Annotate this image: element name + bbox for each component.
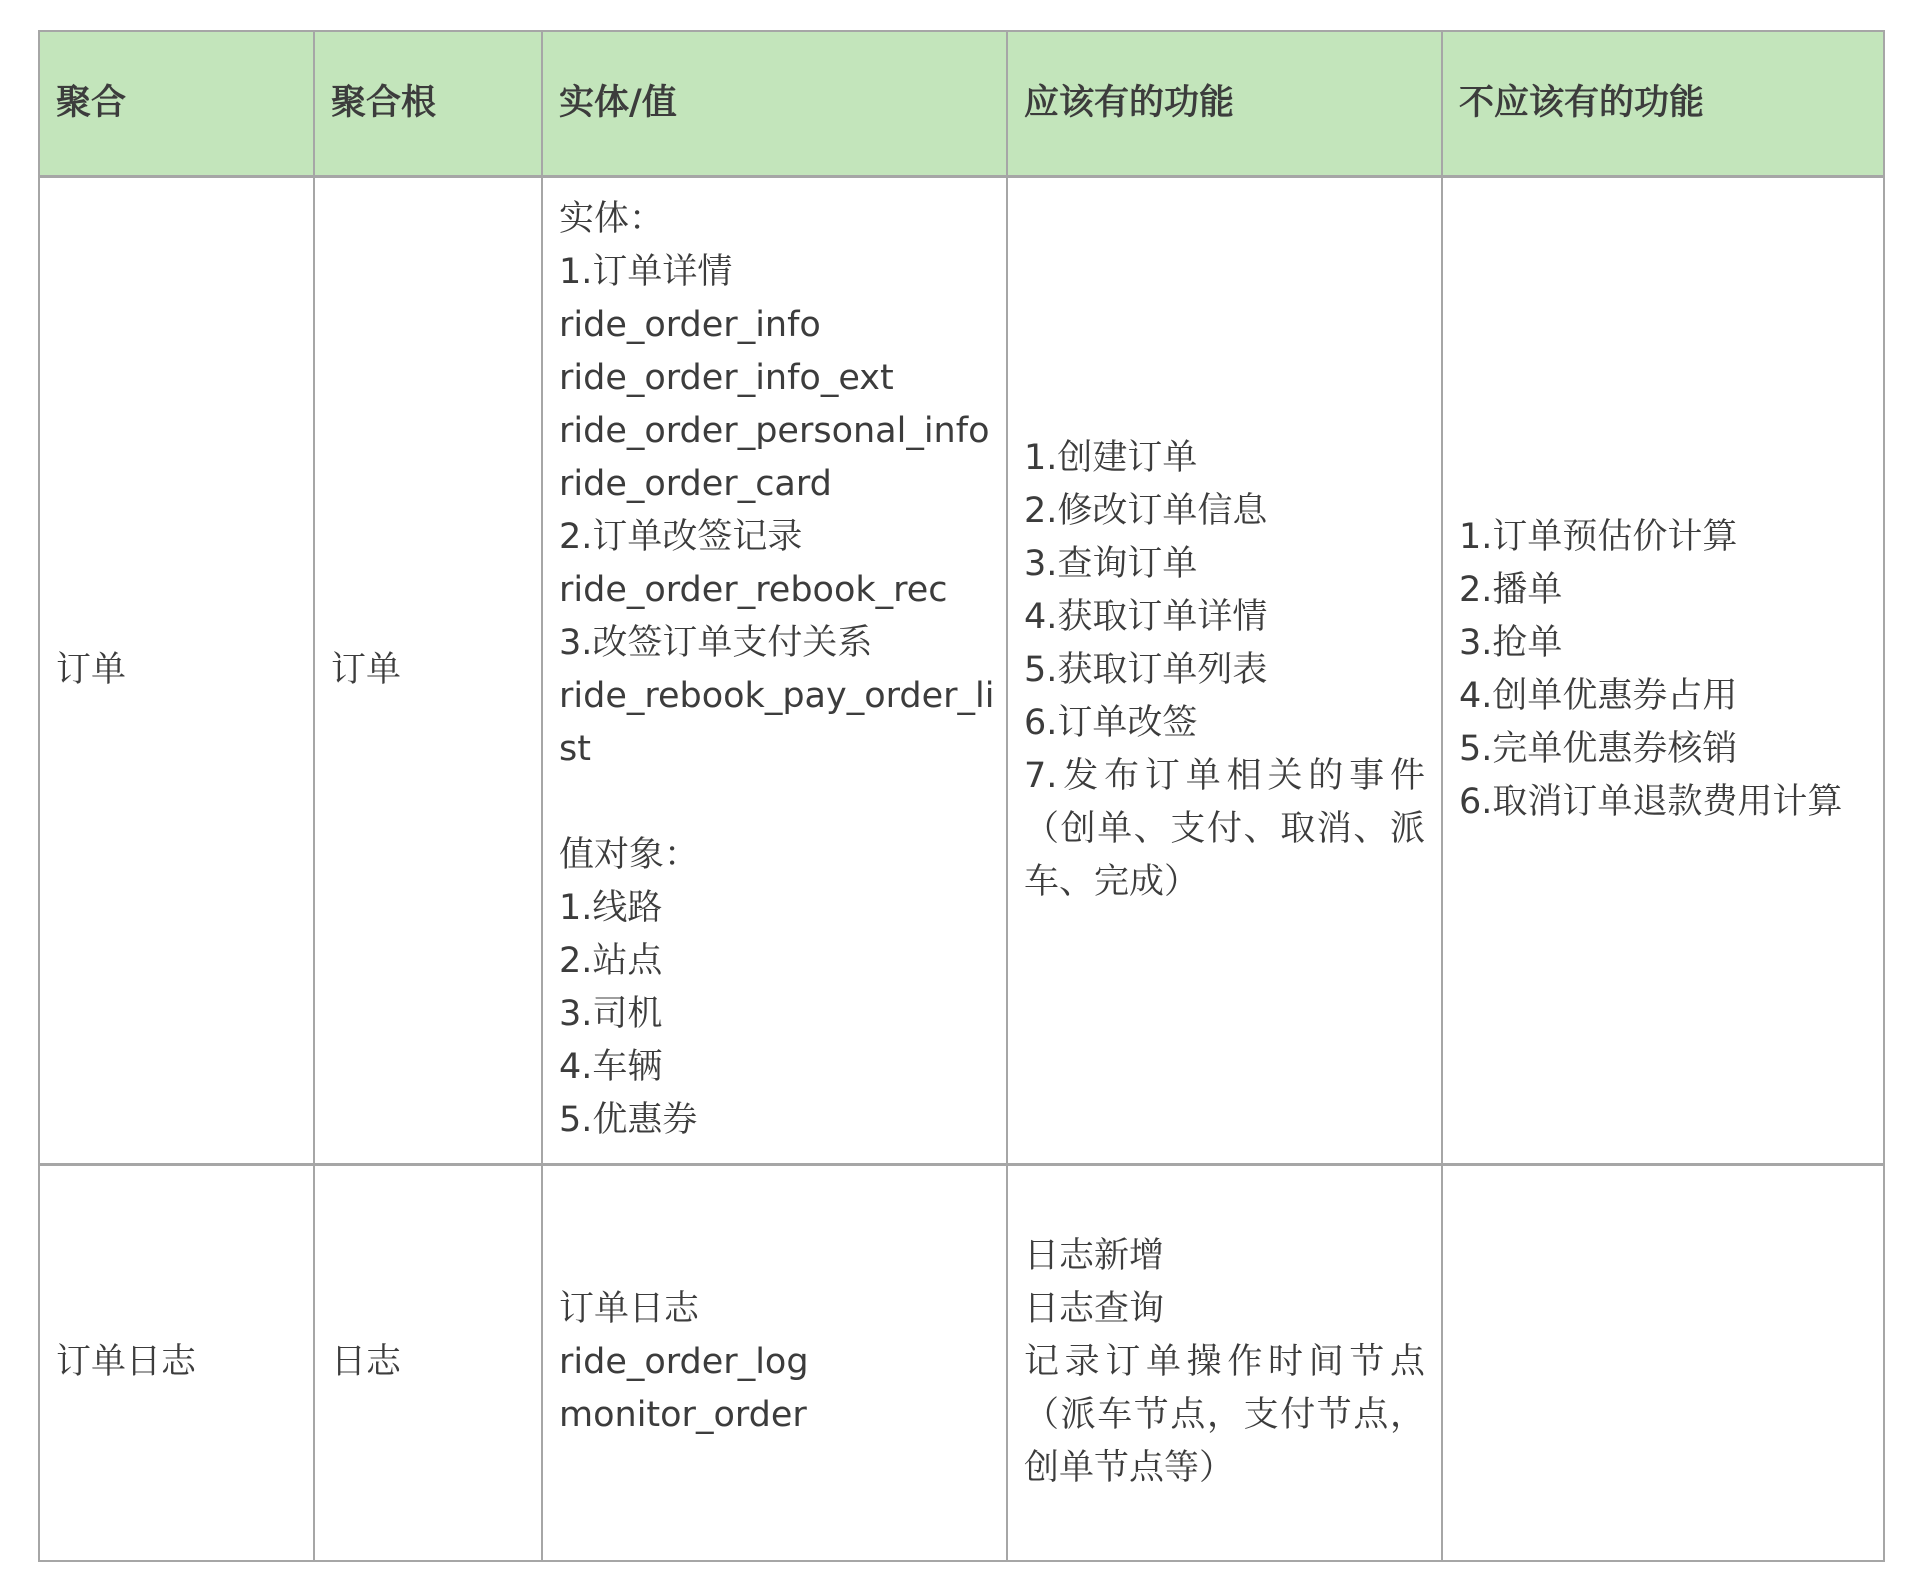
cell-should-not-have xyxy=(1442,1164,1884,1561)
cell-aggregate-root: 订单 xyxy=(314,176,542,1164)
table-row: 订单日志 日志 订单日志 ride_order_log monitor_orde… xyxy=(39,1164,1884,1561)
header-aggregate: 聚合 xyxy=(39,31,314,176)
header-aggregate-root: 聚合根 xyxy=(314,31,542,176)
header-should-have: 应该有的功能 xyxy=(1007,31,1442,176)
aggregate-design-table: 聚合 聚合根 实体/值 应该有的功能 不应该有的功能 订单 订单 实体： 1.订… xyxy=(38,30,1885,1562)
cell-should-not-have: 1.订单预估价计算 2.播单 3.抢单 4.创单优惠券占用 5.完单优惠券核销 … xyxy=(1442,176,1884,1164)
header-entity-value: 实体/值 xyxy=(542,31,1007,176)
cell-entity-value: 实体： 1.订单详情 ride_order_info ride_order_in… xyxy=(542,176,1007,1164)
cell-entity-value: 订单日志 ride_order_log monitor_order xyxy=(542,1164,1007,1561)
cell-aggregate: 订单 xyxy=(39,176,314,1164)
table-row: 订单 订单 实体： 1.订单详情 ride_order_info ride_or… xyxy=(39,176,1884,1164)
cell-should-have: 日志新增 日志查询 记录订单操作时间节点（派车节点，支付节点，创单节点等） xyxy=(1007,1164,1442,1561)
table-header-row: 聚合 聚合根 实体/值 应该有的功能 不应该有的功能 xyxy=(39,31,1884,176)
aggregate-design-table-sheet: 聚合 聚合根 实体/值 应该有的功能 不应该有的功能 订单 订单 实体： 1.订… xyxy=(38,30,1885,1562)
header-should-not-have: 不应该有的功能 xyxy=(1442,31,1884,176)
cell-aggregate-root: 日志 xyxy=(314,1164,542,1561)
cell-should-have: 1.创建订单 2.修改订单信息 3.查询订单 4.获取订单详情 5.获取订单列表… xyxy=(1007,176,1442,1164)
cell-aggregate: 订单日志 xyxy=(39,1164,314,1561)
